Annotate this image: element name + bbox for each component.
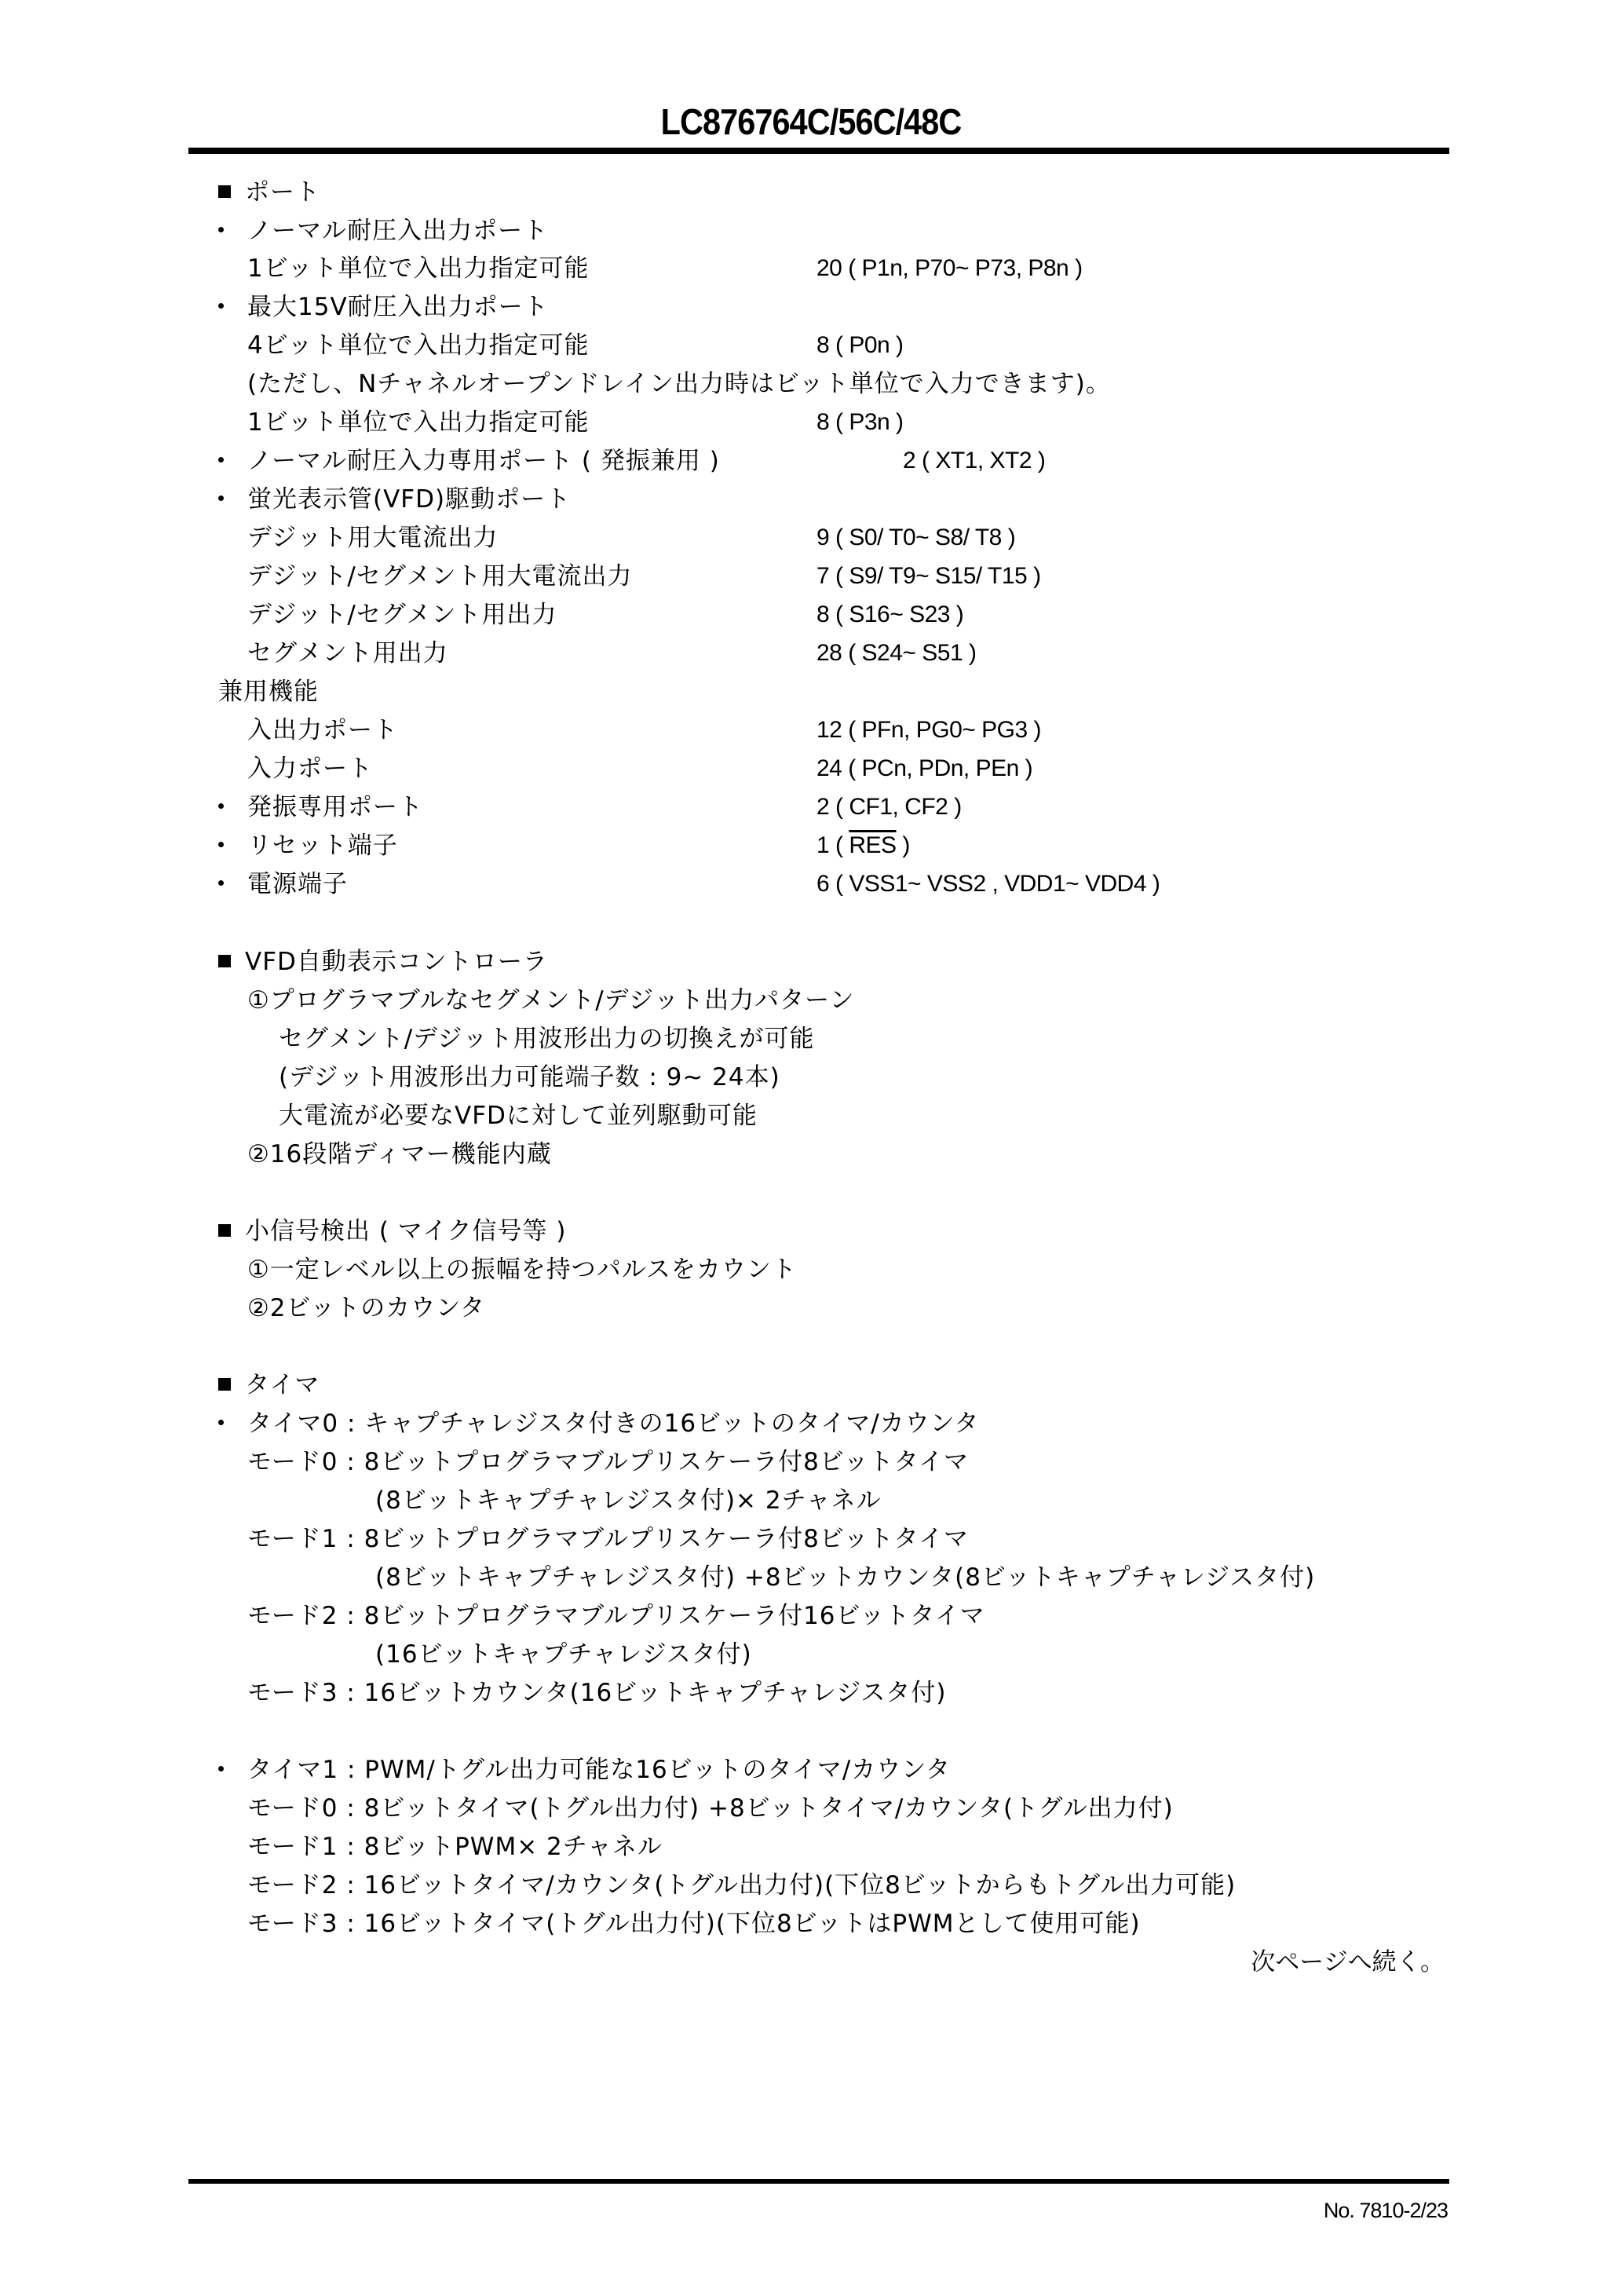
item-value: 8 ( P0n ) <box>816 330 904 361</box>
list-item: ノーマル耐圧入出力ポート <box>218 215 548 247</box>
feature-line: セグメント/デジット用波形出力の切換えが可能 <box>279 1023 815 1055</box>
item-value: 7 ( S9/ T9~ S15/ T15 ) <box>816 561 1041 592</box>
dot-bullet-icon <box>218 457 224 462</box>
header-rule <box>188 148 1449 154</box>
mode-line: モード2 : 8ビットプログラマブルプリスケーラ付16ビットタイマ <box>247 1600 985 1632</box>
item-sub: デジット/セグメント用出力 <box>247 599 557 631</box>
dot-bullet-icon <box>218 303 224 309</box>
mode-line: モード2 : 16ビットタイマ/カウンタ(トグル出力付)(下位8ビットからもトグ… <box>247 1870 1236 1901</box>
item-sub: 4ビット単位で入出力指定可能 <box>247 330 589 361</box>
item-value: 8 ( P3n ) <box>816 407 904 438</box>
section-heading-ports: ポート <box>218 177 320 208</box>
item-label: 電源端子 <box>247 870 348 898</box>
mode-line: モード0 : 8ビットタイマ(トグル出力付) +8ビットタイマ/カウンタ(トグル… <box>247 1793 1174 1824</box>
square-bullet-icon <box>218 185 231 198</box>
section-heading-small-signal: 小信号検出 ( マイク信号等 ) <box>218 1216 567 1247</box>
item-value: 2 ( CF1, CF2 ) <box>816 792 962 823</box>
mode-line: モード1 : 8ビットPWM× 2チャネル <box>247 1831 663 1863</box>
dot-bullet-icon <box>218 803 224 809</box>
item-note: (ただし、Nチャネルオープンドレイン出力時はビット単位で入力できます)。 <box>247 368 1111 400</box>
item-label: ノーマル耐圧入力専用ポート ( 発振兼用 ) <box>247 447 720 475</box>
dot-bullet-icon <box>218 842 224 847</box>
list-item: 発振専用ポート <box>218 792 423 823</box>
item-sub: デジット/セグメント用大電流出力 <box>247 561 633 592</box>
item-label: 最大15V耐圧入出力ポート <box>247 293 549 321</box>
item-label: ノーマル耐圧入出力ポート <box>247 217 548 245</box>
item-value: 2 ( XT1, XT2 ) <box>903 445 1045 477</box>
document-title: LC876764C/56C/48C <box>81 101 1540 143</box>
feature-line: ②16段階ディマー機能内蔵 <box>247 1139 552 1170</box>
item-sub: 1ビット単位で入出力指定可能 <box>247 253 589 284</box>
mode-detail: (8ビットキャプチャレジスタ付) +8ビットカウンタ(8ビットキャプチャレジスタ… <box>375 1562 1315 1593</box>
reset-signal-overline: RES <box>849 832 896 858</box>
item-sub: セグメント用出力 <box>247 638 448 669</box>
item-label: タイマ0 : キャプチャレジスタ付きの16ビットのタイマ/カウンタ <box>247 1409 979 1438</box>
footer-rule <box>188 2179 1449 2184</box>
item-label: タイマ1 : PWM/トグル出力可能な16ビットのタイマ/カウンタ <box>247 1756 951 1784</box>
item-value: 8 ( S16~ S23 ) <box>816 599 963 631</box>
mode-line: モード1 : 8ビットプログラマブルプリスケーラ付8ビットタイマ <box>247 1523 969 1555</box>
item-value: 9 ( S0/ T0~ S8/ T8 ) <box>816 522 1015 554</box>
dot-bullet-icon <box>218 495 224 501</box>
item-label: 蛍光表示管(VFD)駆動ポート <box>247 485 571 514</box>
square-bullet-icon <box>218 955 231 967</box>
feature-line: ①一定レベル以上の振幅を持つパルスをカウント <box>247 1254 797 1285</box>
dot-bullet-icon <box>218 227 224 232</box>
heading-text: タイマ <box>245 1371 320 1399</box>
dot-bullet-icon <box>218 1766 224 1771</box>
square-bullet-icon <box>218 1378 231 1391</box>
list-item: リセット端子 <box>218 830 398 861</box>
value-suffix: ) <box>897 832 910 858</box>
page-number: No. 7810-2/23 <box>1324 2199 1448 2223</box>
list-item: 最大15V耐圧入出力ポート <box>218 291 549 323</box>
square-bullet-icon <box>218 1224 231 1237</box>
mode-line: モード3 : 16ビットタイマ(トグル出力付)(下位8ビットはPWMとして使用可… <box>247 1908 1141 1940</box>
item-value: 24 ( PCn, PDn, PEn ) <box>816 753 1032 784</box>
subheading-shared-functions: 兼用機能 <box>218 676 319 707</box>
dot-bullet-icon <box>218 1420 224 1425</box>
mode-line: モード0 : 8ビットプログラマブルプリスケーラ付8ビットタイマ <box>247 1446 969 1478</box>
mode-detail: (16ビットキャプチャレジスタ付) <box>375 1639 752 1670</box>
item-value: 6 ( VSS1~ VSS2 , VDD1~ VDD4 ) <box>816 868 1160 900</box>
continued-note: 次ページへ続く。 <box>1251 1947 1445 1978</box>
feature-line: (デジット用波形出力可能端子数 : 9~ 24本) <box>279 1062 780 1093</box>
feature-line: ①プログラマブルなセグメント/デジット出力パターン <box>247 985 854 1016</box>
item-value: 12 ( PFn, PG0~ PG3 ) <box>816 715 1041 746</box>
heading-text: ポート <box>245 178 320 207</box>
item-value: 1 ( RES ) <box>816 830 910 861</box>
value-prefix: 1 ( <box>816 832 849 858</box>
list-item: ノーマル耐圧入力専用ポート ( 発振兼用 ) <box>218 445 720 477</box>
item-label: 発振専用ポート <box>247 793 423 821</box>
list-item: 電源端子 <box>218 868 348 900</box>
dot-bullet-icon <box>218 880 224 886</box>
item-sub: 1ビット単位で入出力指定可能 <box>247 407 589 438</box>
list-item: タイマ1 : PWM/トグル出力可能な16ビットのタイマ/カウンタ <box>218 1754 951 1786</box>
feature-line: ②2ビットのカウンタ <box>247 1292 485 1324</box>
list-item: 蛍光表示管(VFD)駆動ポート <box>218 484 571 515</box>
mode-detail: (8ビットキャプチャレジスタ付)× 2チャネル <box>375 1485 882 1516</box>
mode-line: モード3 : 16ビットカウンタ(16ビットキャプチャレジスタ付) <box>247 1677 946 1709</box>
item-sub: 入力ポート <box>247 753 373 784</box>
section-heading-timer: タイマ <box>218 1369 320 1401</box>
list-item: タイマ0 : キャプチャレジスタ付きの16ビットのタイマ/カウンタ <box>218 1408 979 1439</box>
item-label: リセット端子 <box>247 832 398 860</box>
item-value: 20 ( P1n, P70~ P73, P8n ) <box>816 253 1083 284</box>
item-sub: デジット用大電流出力 <box>247 522 498 554</box>
heading-text: VFD自動表示コントローラ <box>245 948 548 976</box>
section-heading-vfd-controller: VFD自動表示コントローラ <box>218 946 548 978</box>
feature-line: 大電流が必要なVFDに対して並列駆動可能 <box>279 1100 758 1132</box>
item-sub: 入出力ポート <box>247 715 398 746</box>
heading-text: 小信号検出 ( マイク信号等 ) <box>245 1217 567 1245</box>
item-value: 28 ( S24~ S51 ) <box>816 638 976 669</box>
